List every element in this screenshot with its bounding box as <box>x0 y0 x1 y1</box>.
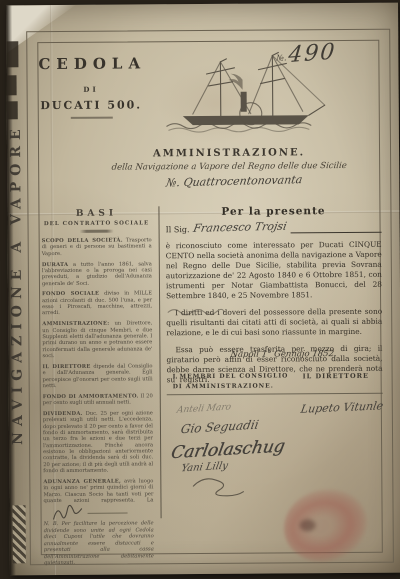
council-label-line2: DI AMMINISTRAZIONE. <box>173 382 303 393</box>
title-rule <box>71 117 113 119</box>
holder-rule-line <box>290 222 381 234</box>
spine-vertical-text: NAVIGAZIONE A VAPORE <box>8 123 26 445</box>
council-signature: Gio Seguadii <box>180 417 260 436</box>
paragraph-lead: IL DIRETTORE <box>43 364 91 370</box>
council-signature: Carlolaschug <box>169 436 286 463</box>
spine-ornament-band <box>13 505 26 563</box>
certificate-paragraph-1: è riconosciuto come interessato per Duca… <box>166 240 382 301</box>
administration-heading: AMMINISTRAZIONE. <box>119 147 339 160</box>
short-rule <box>88 513 128 514</box>
council-label-line1: I MEMBRI DEL CONSIGLIO <box>173 371 303 382</box>
dateline: Napoli 1° Gennajo 1852. <box>230 349 381 360</box>
bases-paragraph: FONDO SOCIALE diviso in MILLE azioni cir… <box>42 291 152 317</box>
director-label: IL DIRETTORE <box>303 372 383 381</box>
bases-paragraph: IL DIRETTORE dipende dal Consiglio e dal… <box>43 363 153 389</box>
signature-flourish <box>187 472 247 498</box>
bases-paragraph: DIVIDENDA. Duc. 25 per ogni azione prele… <box>43 410 153 474</box>
certificate-text-column: Per la presente Il Sig. Francesco Trojsi… <box>165 205 382 390</box>
paragraph-lead: DURATA <box>42 261 69 267</box>
council-label: I MEMBRI DEL CONSIGLIO DI AMMINISTRAZION… <box>173 371 303 392</box>
title-di: DI <box>39 84 144 94</box>
column-divider <box>158 206 161 518</box>
paragraph-text: Duc. 25 per ogni azione prelevati sugli … <box>43 410 153 474</box>
bases-paragraph: FONDO DI AMMORTAMENTO. Il 20 per cento s… <box>43 393 153 406</box>
number-in-words-handwritten: №. Quattrocentonovanta <box>118 172 350 191</box>
photographed-certificate: NAVIGAZIONE A VAPORE CEDOLA DI DUCATI 50… <box>0 0 400 579</box>
spine-print-block <box>6 41 18 67</box>
spine-print-block <box>7 101 18 119</box>
paragraph-lead: DIVIDENDA. <box>43 411 83 417</box>
holder-name-handwritten: Francesco Trojsi <box>192 220 288 235</box>
steamship-engraving-icon <box>162 45 327 142</box>
title-ducati-500: DUCATI 500. <box>39 98 144 112</box>
certificate-content: CEDOLA DI DUCATI 500. №. 490 <box>38 41 382 551</box>
ink-correction-scribble <box>166 308 226 316</box>
wax-seal-core <box>300 519 316 531</box>
bases-subtitle: DEL CONTRATTO SOCIALE <box>40 220 154 227</box>
paper-sheet: NAVIGAZIONE A VAPORE CEDOLA DI DUCATI 50… <box>6 3 400 576</box>
council-signature: Anteli Maro <box>176 402 232 415</box>
bases-title: BASI <box>39 208 153 219</box>
director-signature: Lupeto Vitunle <box>300 399 385 416</box>
nb-note: N. B. Per facilitare la percezione delle… <box>44 520 154 566</box>
contract-bases-column: BASI DEL CONTRATTO SOCIALE SCOPO DELLA S… <box>39 208 155 503</box>
spine-print-block <box>7 75 17 95</box>
holder-label: Il Sig. <box>166 225 190 234</box>
title-cedola: CEDOLA <box>38 54 143 73</box>
bases-paragraph: AMMINISTRAZIONE: un Direttore, un Consig… <box>42 321 152 360</box>
holder-line: Il Sig. Francesco Trojsi <box>166 220 382 235</box>
ornament-divider <box>80 230 114 233</box>
signature-rule <box>167 393 383 396</box>
bases-paragraph: ADUNANZA GENERALE, avrà luogo in ogni an… <box>43 478 153 503</box>
administration-subtitle: della Navigazione a Vapore del Regno del… <box>99 161 360 173</box>
bases-paragraph: DURATA a tutto l'anno 1861, salva l'abbr… <box>42 261 152 287</box>
bases-paragraph: SCOPO DELLA SOCIETÀ. Trasporto di generi… <box>42 237 152 257</box>
per-la-presente-heading: Per la presente <box>165 205 381 219</box>
